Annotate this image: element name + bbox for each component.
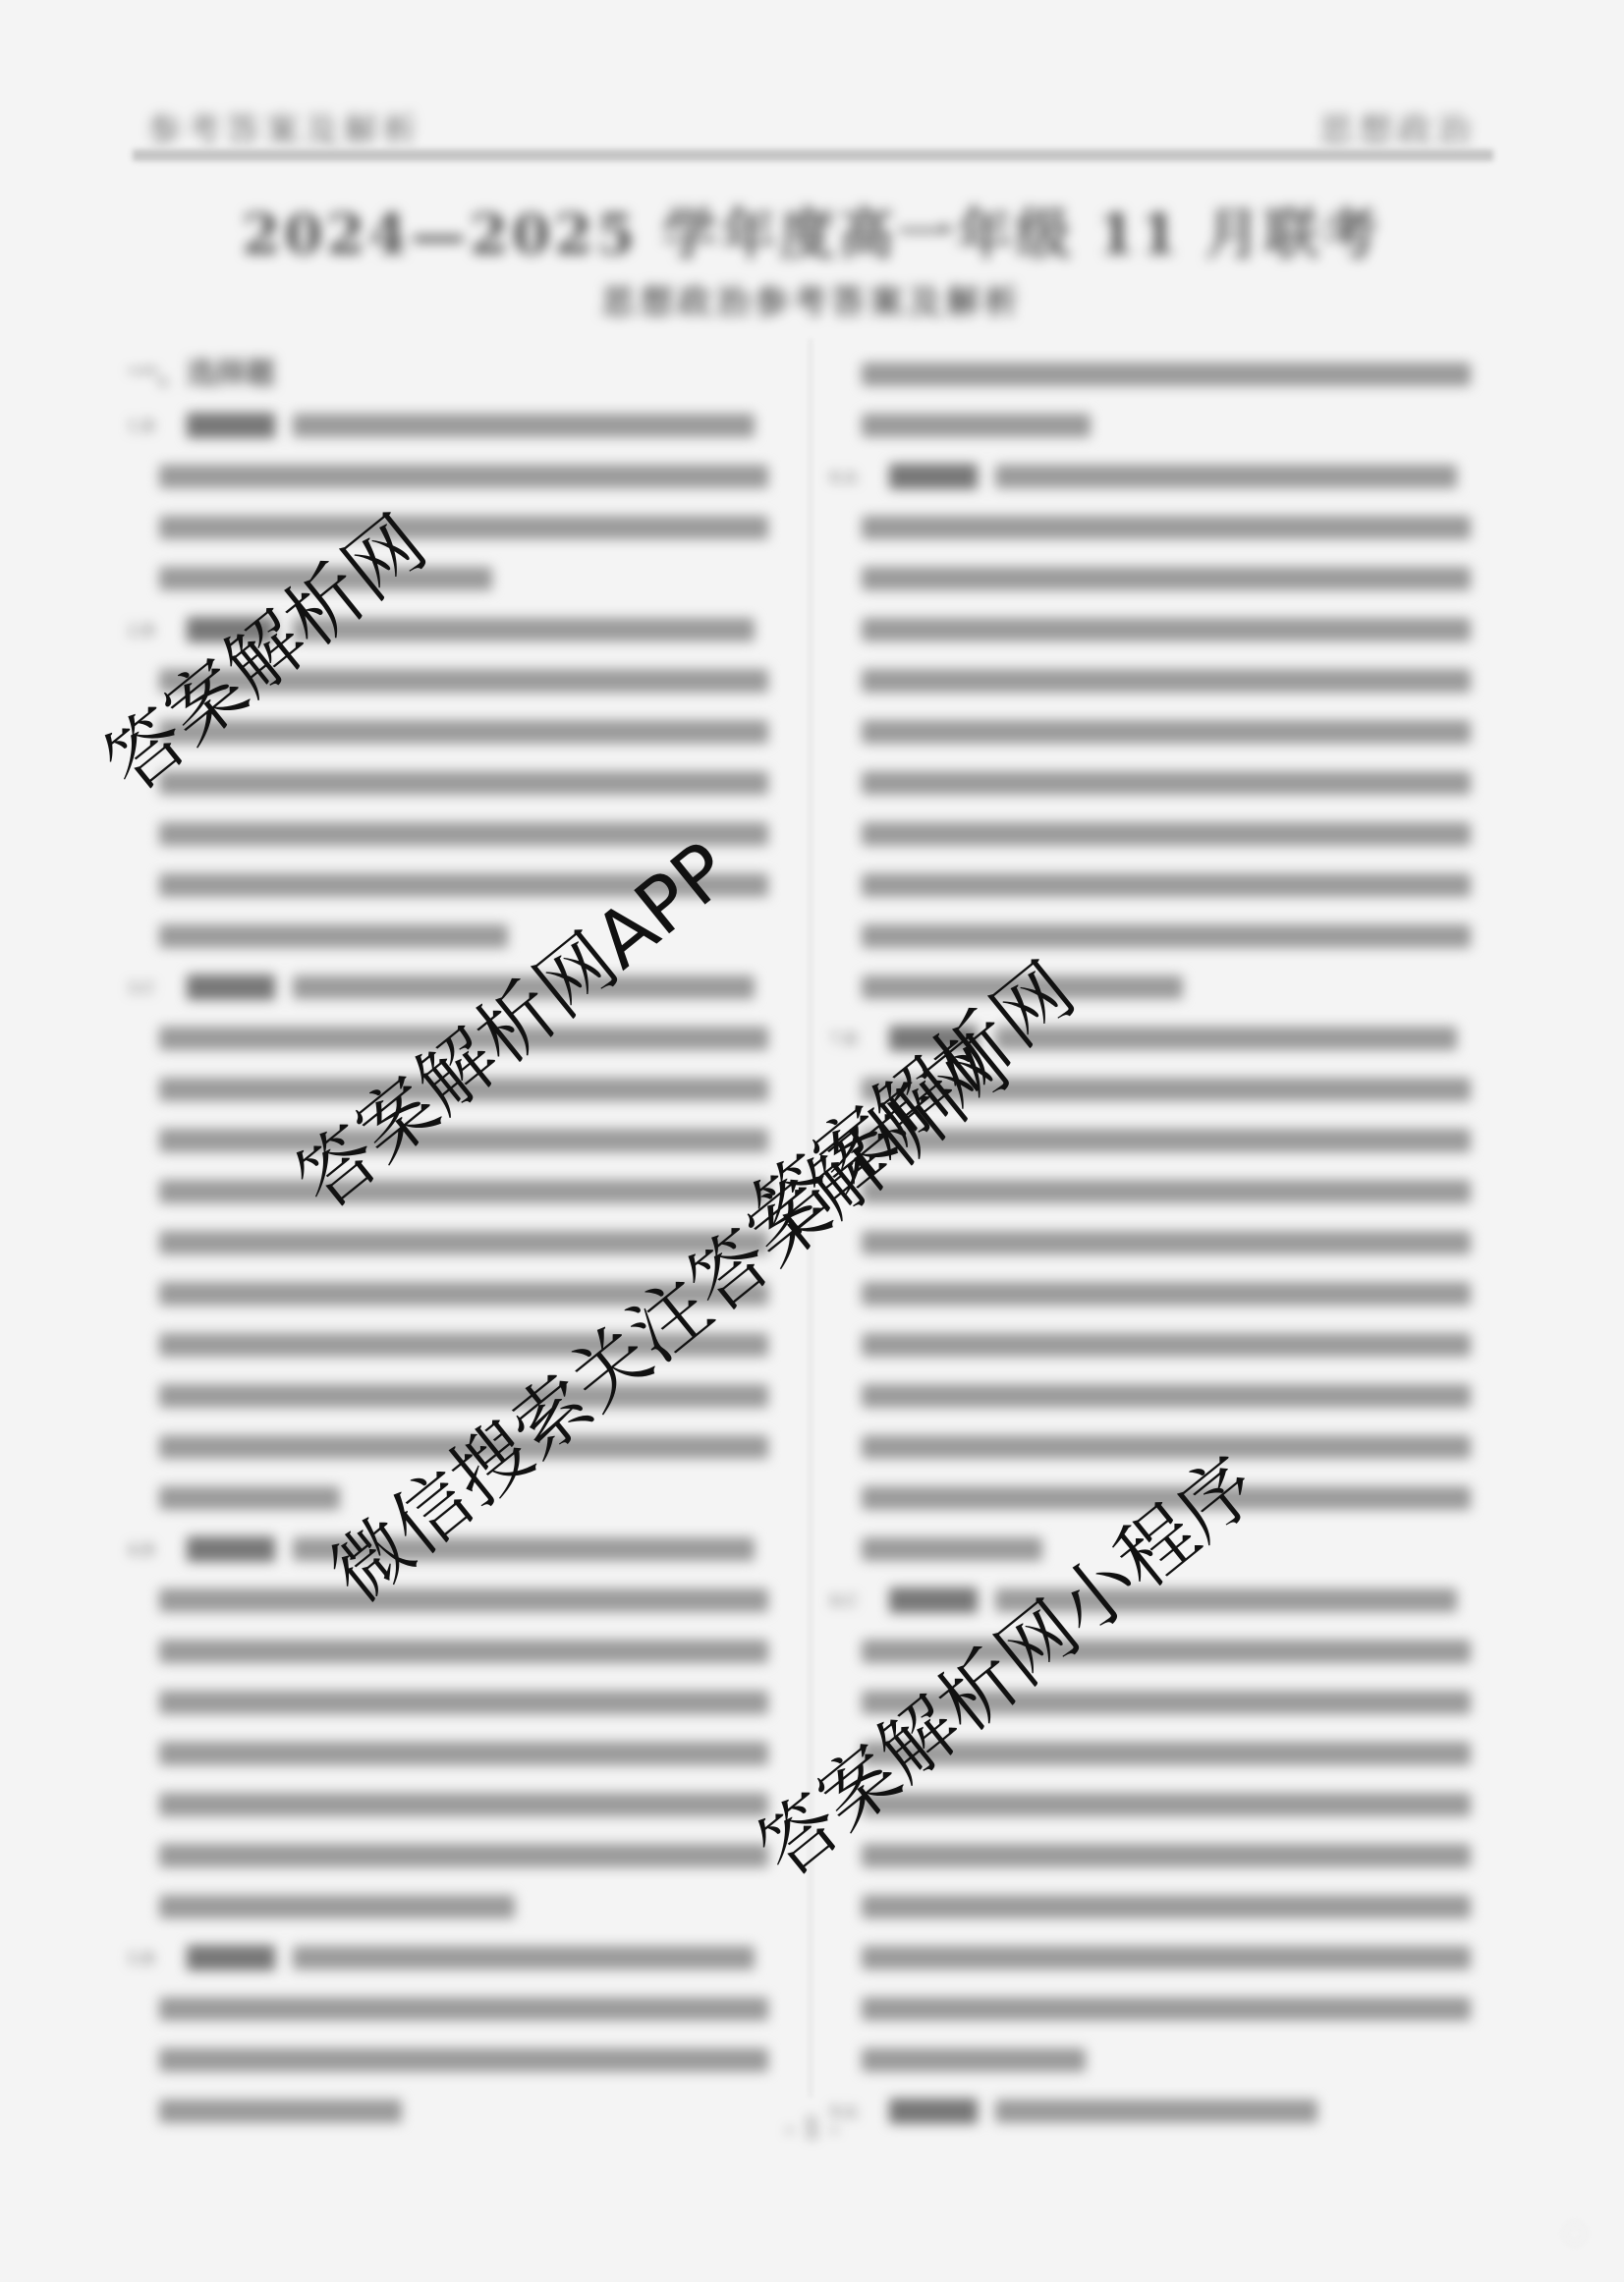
- text-line: 5.B: [128, 1932, 796, 1983]
- analysis-tag: [187, 1945, 275, 1971]
- text-line: 1.B: [128, 400, 796, 451]
- blurred-text: [862, 1333, 1471, 1357]
- blurred-text: [862, 1231, 1471, 1254]
- text-line: [862, 1983, 1498, 2034]
- blurred-text: [862, 669, 1471, 693]
- blurred-text: [862, 1435, 1471, 1459]
- question-number: 8.C: [830, 1591, 889, 1610]
- blurred-text: [159, 516, 768, 539]
- text-line: [159, 1626, 796, 1677]
- right-column: 6.A7.B8.C9.A: [830, 349, 1498, 2137]
- blurred-text: [159, 1384, 768, 1408]
- text-line: [159, 757, 796, 808]
- blurred-text: [995, 465, 1457, 488]
- blurred-text: [862, 822, 1471, 846]
- blurred-text: [862, 1946, 1471, 1970]
- text-line: [159, 1983, 796, 2034]
- blurred-text: [862, 1793, 1471, 1816]
- text-line: [159, 1779, 796, 1830]
- analysis-tag: [187, 413, 275, 438]
- document-page: 参考答案及解析 思想政治 2024—2025 学年度高一年级 11 月联考 思想…: [0, 0, 1624, 2282]
- header-rule: [133, 149, 1493, 161]
- blurred-text: [293, 1946, 755, 1970]
- text-line: [159, 1728, 796, 1779]
- text-line: [862, 860, 1498, 911]
- blurred-text: [159, 1742, 768, 1765]
- text-line: [862, 2034, 1498, 2086]
- text-line: [159, 1115, 796, 1166]
- blurred-text: [862, 1282, 1471, 1306]
- blurred-text: [862, 1180, 1471, 1203]
- blurred-text: [159, 2048, 768, 2072]
- analysis-tag: [187, 974, 275, 1000]
- text-line: [159, 1830, 796, 1881]
- text-line: [159, 2034, 796, 2086]
- blurred-text: [159, 1588, 768, 1612]
- text-line: [862, 808, 1498, 860]
- blurred-text: [862, 1384, 1471, 1408]
- page-number: - 1 -: [0, 2112, 1624, 2144]
- blurred-text: [862, 873, 1471, 897]
- text-line: [862, 604, 1498, 655]
- header-left-label: 参考答案及解析: [147, 103, 422, 151]
- blurred-text: [862, 567, 1471, 590]
- blurred-text: [159, 1486, 340, 1510]
- text-line: [862, 1932, 1498, 1983]
- corner-mark: ◌: [1563, 2215, 1587, 2248]
- blurred-text: [159, 1997, 768, 2021]
- text-line: 6.A: [830, 451, 1498, 502]
- text-line: [862, 1319, 1498, 1370]
- text-line: [862, 502, 1498, 553]
- text-line: [862, 400, 1498, 451]
- blurred-text: [862, 414, 1091, 437]
- text-line: [862, 553, 1498, 604]
- blurred-text: [862, 771, 1471, 795]
- text-line: [862, 1370, 1498, 1421]
- section-heading: 一、选择题: [128, 349, 796, 400]
- text-line: [862, 911, 1498, 962]
- text-line: [159, 1166, 796, 1217]
- analysis-tag: [889, 464, 978, 489]
- blurred-text: [159, 1640, 768, 1663]
- blurred-text: [159, 1180, 768, 1203]
- text-line: [862, 1217, 1498, 1268]
- text-line: [862, 757, 1498, 808]
- blurred-text: [159, 1793, 768, 1816]
- text-line: [862, 1779, 1498, 1830]
- blurred-text: [862, 1537, 1042, 1561]
- blurred-text: [293, 414, 755, 437]
- text-line: [862, 1268, 1498, 1319]
- question-number: 3.C: [128, 978, 187, 997]
- blurred-text: [159, 465, 768, 488]
- blurred-text: [159, 1895, 515, 1919]
- blurred-text: [862, 1895, 1471, 1919]
- analysis-tag: [889, 1587, 978, 1613]
- blurred-text: [159, 1844, 768, 1867]
- blurred-text: [862, 618, 1471, 641]
- text-line: [159, 1575, 796, 1626]
- blurred-text: [862, 720, 1471, 744]
- text-line: [159, 502, 796, 553]
- blurred-text: [862, 362, 1471, 386]
- text-line: [862, 706, 1498, 757]
- blurred-text: [159, 1691, 768, 1714]
- question-number: 4.B: [128, 1540, 187, 1559]
- blurred-text: [862, 924, 1471, 948]
- document-title: 2024—2025 学年度高一年级 11 月联考: [0, 192, 1624, 270]
- blurred-text: [159, 924, 508, 948]
- blurred-text: [862, 2048, 1086, 2072]
- blurred-text: [159, 771, 768, 795]
- text-line: [159, 1677, 796, 1728]
- question-number: 5.B: [128, 1949, 187, 1968]
- document-subtitle: 思想政治参考答案及解析: [0, 275, 1624, 323]
- question-number: 1.B: [128, 417, 187, 435]
- text-line: [862, 1166, 1498, 1217]
- text-line: [862, 1881, 1498, 1932]
- text-line: [862, 655, 1498, 706]
- blurred-text: [862, 1844, 1471, 1867]
- blurred-text: [862, 1997, 1471, 2021]
- text-line: [159, 451, 796, 502]
- question-number: 7.B: [830, 1030, 889, 1048]
- header-right-label: 思想政治: [1319, 103, 1477, 151]
- question-number: 6.A: [830, 468, 889, 486]
- analysis-tag: [187, 1536, 275, 1562]
- blurred-text: [159, 1129, 768, 1152]
- text-line: [159, 1881, 796, 1932]
- question-number: 2.B: [128, 621, 187, 640]
- text-line: [862, 1830, 1498, 1881]
- text-line: [862, 349, 1498, 400]
- blurred-text: [862, 516, 1471, 539]
